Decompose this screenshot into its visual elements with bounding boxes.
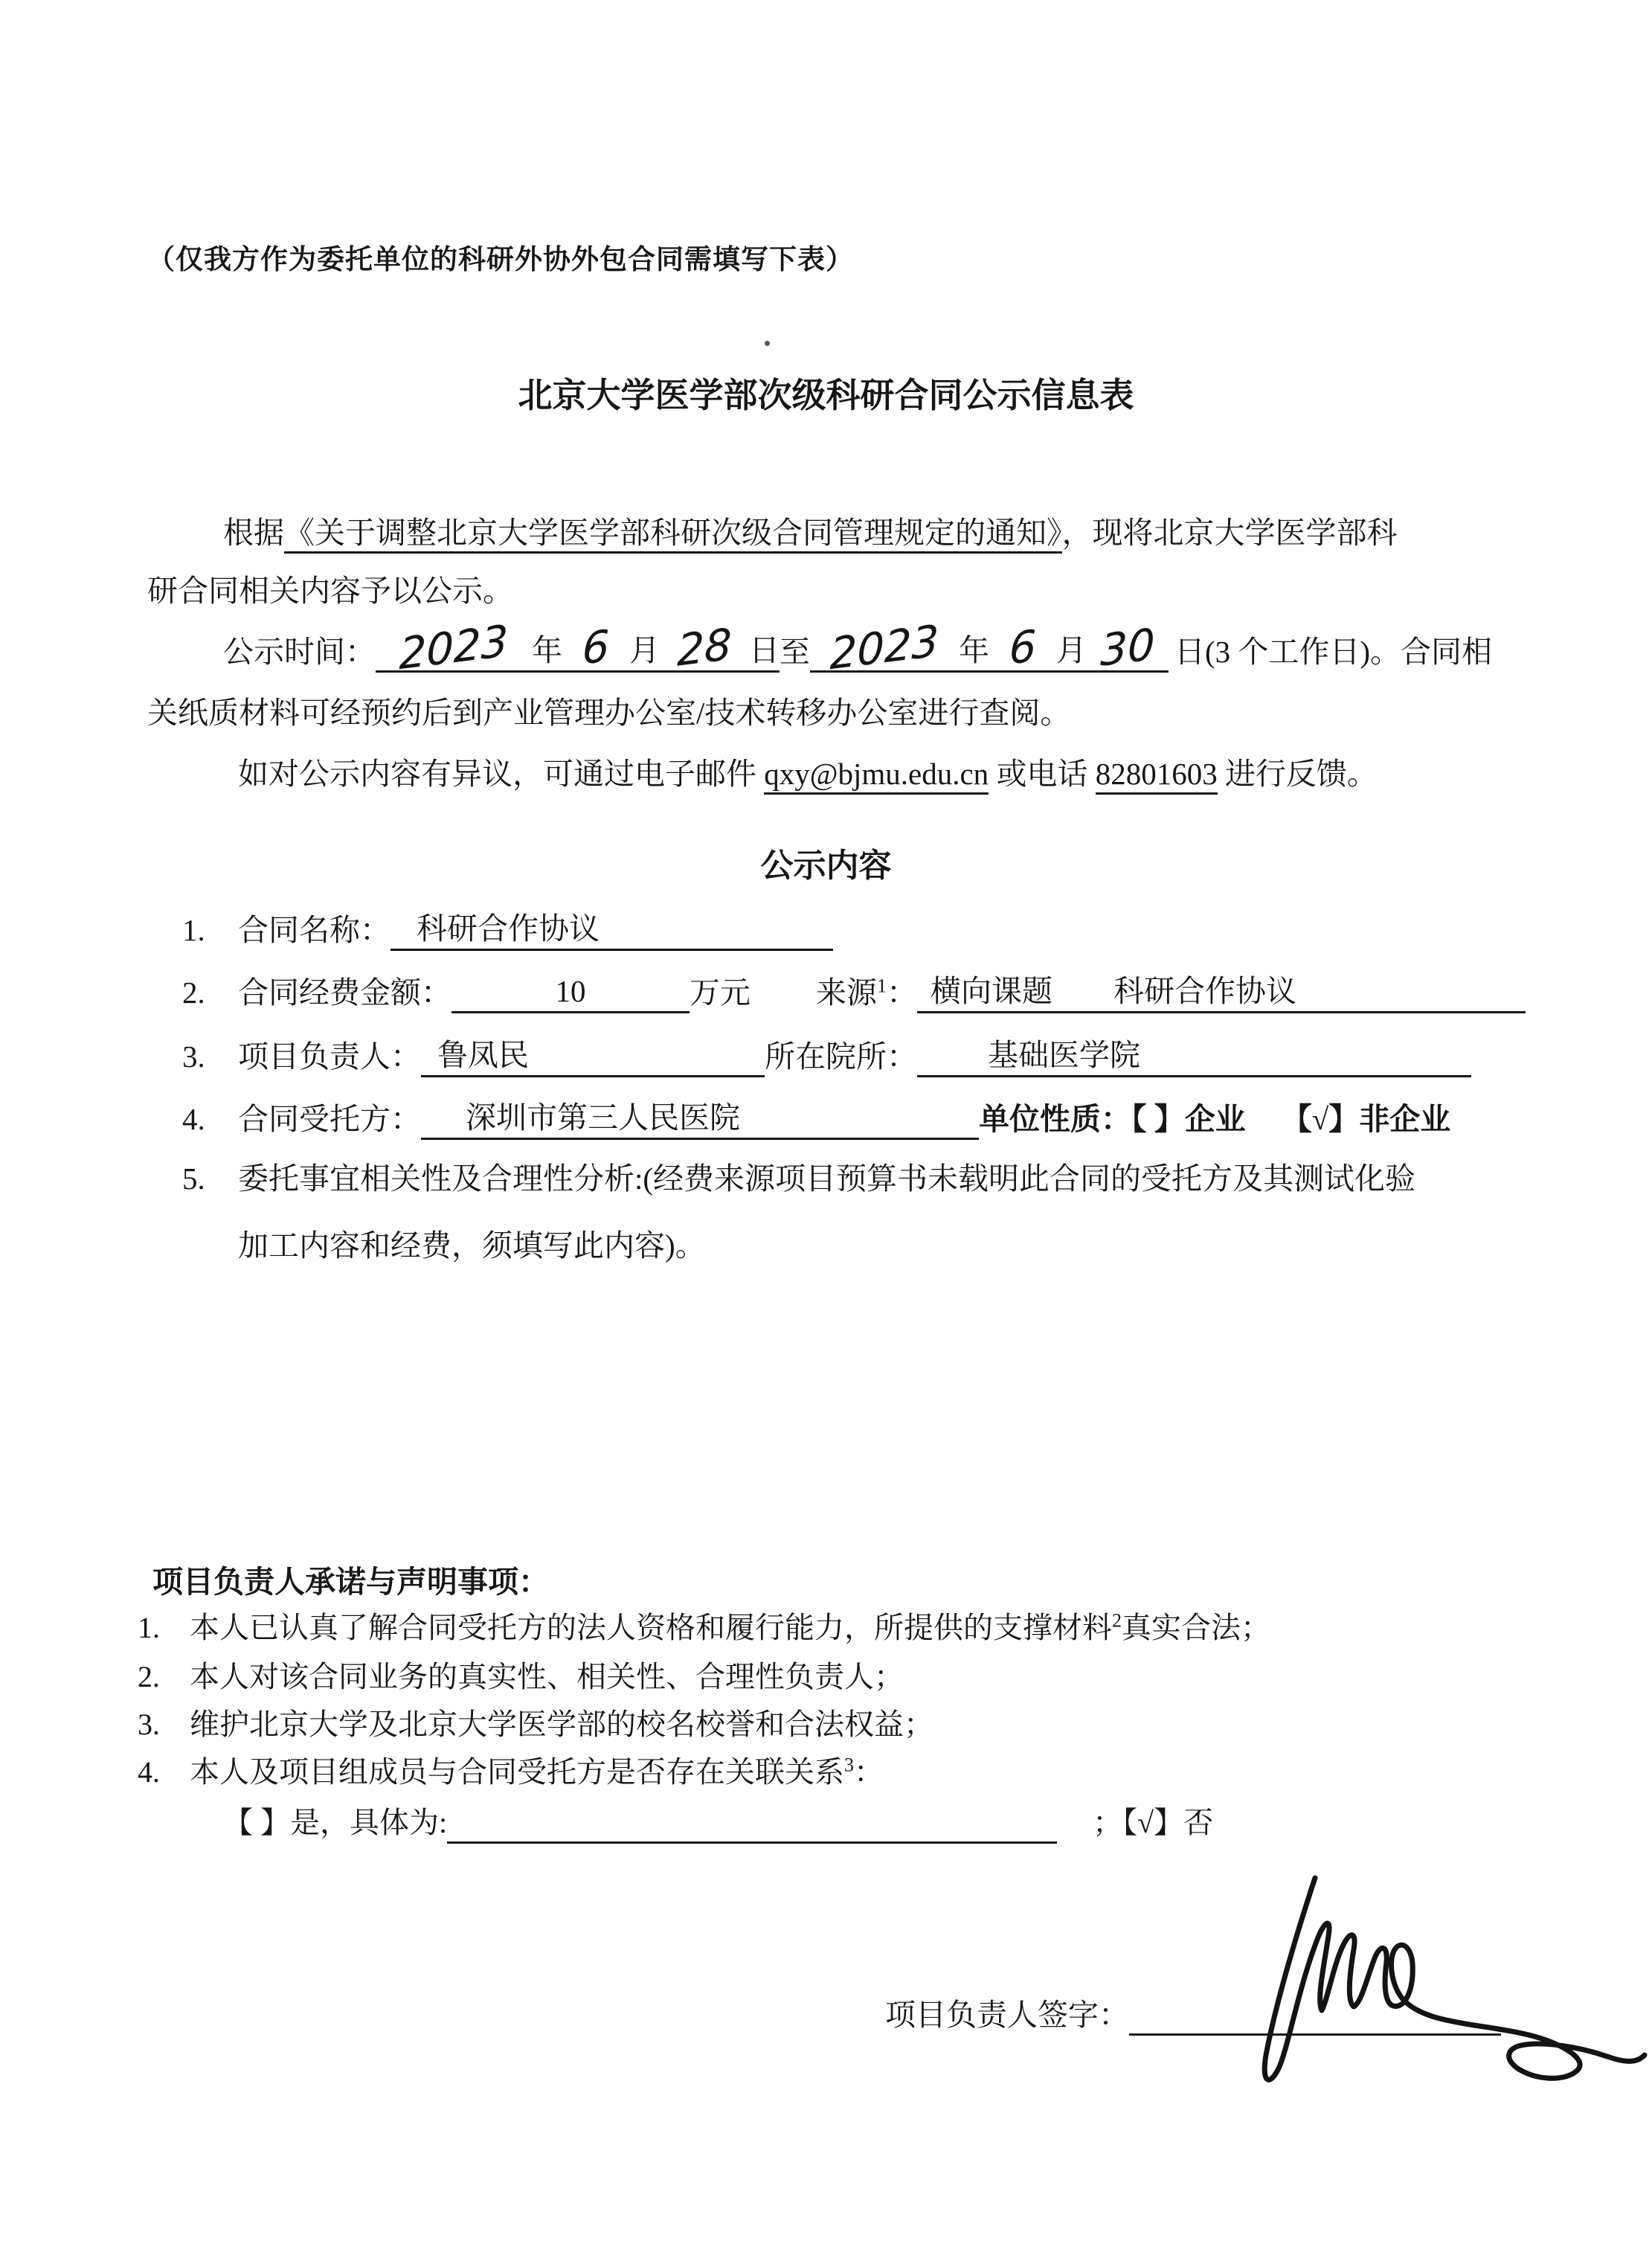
item-5-number: 5. (182, 1158, 238, 1199)
unit-year-2: 年 (959, 633, 989, 667)
declaration-heading: 项目负责人承诺与声明事项： (152, 1561, 549, 1603)
intro-suffix: ，现将北京大学医学部科 (1062, 516, 1398, 550)
entity-nature-label: 单位性质： (979, 1102, 1131, 1136)
feedback-middle: 或电话 (989, 757, 1096, 791)
intro-line-2-text: 研合同相关内容予以公示。 (147, 574, 513, 608)
contract-name-value: 科研合作协议 (390, 909, 833, 951)
declaration-heading-text: 项目负责人承诺与声明事项： (152, 1565, 549, 1599)
source-colon: ： (887, 975, 917, 1010)
item-project-leader: 3.项目负责人：鲁凤民所在院所：基础医学院 (182, 1036, 1471, 1077)
item-3-number: 3. (182, 1036, 238, 1077)
signature-scribble (1138, 1868, 1651, 2113)
contact-phone: 82801603 (1096, 757, 1218, 795)
contact-email: qxy@bjmu.edu.cn (764, 757, 989, 795)
top-note-text: （仅我方作为委托单位的科研外协外包合同需填写下表） (147, 245, 854, 275)
handwritten-start-day: 28 (660, 631, 749, 664)
feedback-line: 如对公示内容有异议，可通过电子邮件 qxy@bjmu.edu.cn 或电话 82… (238, 753, 1378, 795)
item-2-number: 2. (182, 972, 238, 1013)
amount-label: 合同经费金额： (238, 975, 451, 1010)
decl-1-text: 本人已认真了解合同受托方的法人资格和履行能力，所提供的支撑材料 (190, 1611, 1112, 1644)
item-1-number: 1. (182, 909, 238, 951)
choice-separator: ； (1093, 1806, 1122, 1839)
declaration-item-2: 2.本人对该合同业务的真实性、相关性、合理性负责人； (138, 1656, 904, 1698)
intro-prefix: 根据 (223, 516, 284, 550)
publish-time-line-2: 关纸质材料可经预约后到产业管理办公室/技术转移办公室进行查阅。 (147, 692, 1070, 734)
amount-value: 10 (451, 972, 690, 1013)
notice-title: 《关于调整北京大学医学部科研次级合同管理规定的通知》 (284, 516, 1062, 554)
institute-label: 所在院所： (765, 1039, 917, 1074)
item-4-number: 4. (182, 1098, 238, 1140)
contractor-value: 深圳市第三人民医院 (421, 1098, 979, 1140)
analysis-line-1: 委托事宜相关性及合理性分析:(经费来源项目预算书未载明此合同的受托方及其测试化验 (238, 1161, 1415, 1196)
item-analysis-line-2: 加工内容和经费，须填写此内容)。 (238, 1225, 706, 1266)
handwritten-end-year: 2023 (810, 627, 958, 668)
leader-label: 项目负责人： (238, 1039, 421, 1074)
publish-time-suffix: (3 个工作日)。合同相 (1205, 635, 1492, 669)
declaration-item-1: 1.本人已认真了解合同受托方的法人资格和履行能力，所提供的支撑材料2真实合法； (138, 1607, 1270, 1649)
publish-time-line: 公示时间：2023年6月28日至2023年6月30日(3 个工作日)。合同相 (223, 631, 1492, 673)
content-heading: 公示内容 (0, 845, 1652, 887)
page-title-text: 北京大学医学部次级科研合同公示信息表 (518, 376, 1134, 414)
handwritten-start-month: 6 (562, 632, 629, 662)
leader-value: 鲁凤民 (421, 1036, 765, 1077)
item-contractor: 4.合同受托方：深圳市第三人民医院单位性质：【 】企业【√】非企业 (182, 1098, 1450, 1140)
decl-4-number: 4. (138, 1751, 190, 1793)
contract-name-label: 合同名称： (238, 913, 390, 947)
intro-line-1: 根据《关于调整北京大学医学部科研次级合同管理规定的通知》，现将北京大学医学部科 (223, 512, 1398, 554)
scanned-form-page: （仅我方作为委托单位的科研外协外包合同需填写下表） 北京大学医学部次级科研合同公… (0, 0, 1652, 2244)
intro-line-2: 研合同相关内容予以公示。 (147, 570, 513, 612)
stray-mark (765, 341, 770, 346)
choice-detail-blank (447, 1841, 1057, 1844)
checkbox-non-enterprise: 【√】非企业 (1282, 1102, 1451, 1136)
unit-day-2: 日 (1174, 635, 1205, 669)
unit-month-1: 月 (629, 633, 660, 667)
declaration-item-3: 3.维护北京大学及北京大学医学部的校名校誉和合法权益； (138, 1704, 933, 1745)
feedback-suffix: 进行反馈。 (1218, 757, 1378, 791)
signature-label: 项目负责人签字： (885, 1998, 1129, 2032)
analysis-line-2-text: 加工内容和经费，须填写此内容)。 (238, 1228, 706, 1263)
source-value: 横向课题 科研合作协议 (917, 972, 1526, 1013)
decl-3-text: 维护北京大学及北京大学医学部的校名校誉和合法权益； (190, 1708, 933, 1741)
footnote-ref-1: 1 (877, 975, 887, 996)
choice-yes-label: 【 】是，具体为: (223, 1806, 447, 1839)
source-label: 来源 (816, 975, 877, 1010)
decl-4-text: 本人及项目组成员与合同受托方是否存在关联关系 (190, 1755, 844, 1789)
handwritten-end-month: 6 (989, 632, 1056, 662)
decl-2-number: 2. (138, 1656, 190, 1698)
publish-time-line-2-text: 关纸质材料可经预约后到产业管理办公室/技术转移办公室进行查阅。 (147, 696, 1070, 730)
decl-4-suffix: ： (854, 1755, 884, 1789)
unit-day-1: 日 (749, 633, 780, 667)
item-contract-name: 1.合同名称：科研合作协议 (182, 909, 833, 951)
declaration-item-4: 4.本人及项目组成员与合同受托方是否存在关联关系3： (138, 1751, 884, 1793)
top-note: （仅我方作为委托单位的科研外协外包合同需填写下表） (147, 240, 854, 281)
footnote-ref-3: 3 (844, 1754, 854, 1776)
page-title: 北京大学医学部次级科研合同公示信息表 (0, 375, 1652, 417)
item-contract-amount: 2.合同经费金额：10万元来源1：横向课题 科研合作协议 (182, 972, 1526, 1013)
unit-year-1: 年 (532, 633, 562, 667)
footnote-ref-2: 2 (1112, 1610, 1122, 1632)
start-date-blank: 2023年6月28日 (376, 631, 780, 673)
decl-1-number: 1. (138, 1607, 190, 1649)
decl-2-text: 本人对该合同业务的真实性、相关性、合理性负责人； (190, 1660, 904, 1693)
handwritten-start-year: 2023 (376, 626, 532, 668)
decl-1-suffix: 真实合法； (1122, 1611, 1270, 1644)
checkbox-enterprise: 【 】企业 (1131, 1102, 1246, 1136)
feedback-prefix: 如对公示内容有异议，可通过电子邮件 (238, 757, 764, 791)
decl-3-number: 3. (138, 1704, 190, 1745)
content-heading-text: 公示内容 (761, 847, 892, 884)
date-range-to: 至 (780, 635, 810, 669)
end-date-blank: 2023年6月30 (810, 631, 1169, 673)
unit-month-2: 月 (1056, 633, 1087, 667)
relation-choice-line: 【 】是，具体为:；【√】否 (223, 1802, 1213, 1844)
handwritten-end-day: 30 (1087, 631, 1169, 664)
publish-time-label: 公示时间： (223, 635, 376, 669)
amount-unit: 万元 (690, 975, 751, 1010)
choice-no-checked: 【√】否 (1122, 1806, 1213, 1839)
item-analysis: 5.委托事宜相关性及合理性分析:(经费来源项目预算书未载明此合同的受托方及其测试… (182, 1158, 1415, 1199)
institute-value: 基础医学院 (917, 1036, 1471, 1077)
contractor-label: 合同受托方： (238, 1102, 421, 1136)
